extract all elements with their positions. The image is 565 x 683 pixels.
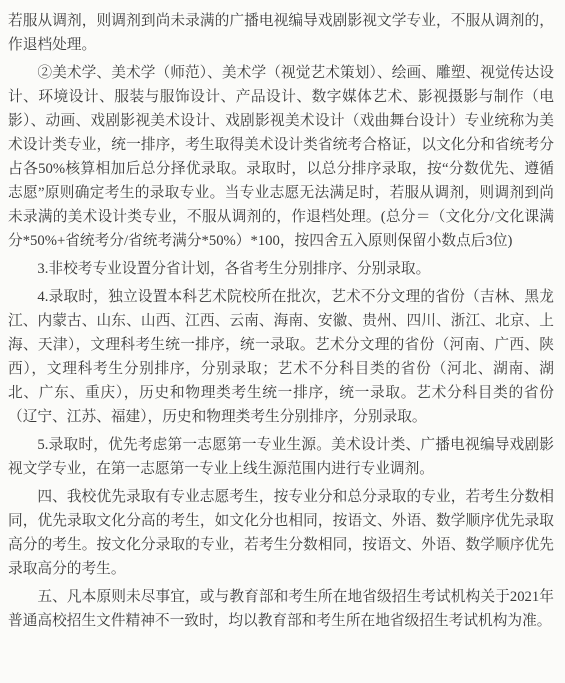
- paragraph-art-design-majors: ②美术学、美术学（师范）、美术学（视觉艺术策划）、绘画、雕塑、视觉传达设计、环境…: [8, 61, 554, 253]
- paragraph-item-4: 4.录取时，独立设置本科艺术院校所在批次，艺术不分文理的省份（吉林、黑龙江、内蒙…: [8, 285, 554, 429]
- paragraph-continuation: 若服从调剂，则调剂到尚未录满的广播电视编导戏剧影视文学专业，不服从调剂的，作退档…: [8, 9, 554, 57]
- paragraph-item-3: 3.非校考专业设置分省计划，各省考生分别排序、分别录取。: [8, 257, 554, 281]
- paragraph-section-5: 五、凡本原则未尽事宜，或与教育部和考生所在地省级招生考试机构关于2021年普通高…: [8, 585, 554, 633]
- admission-rules-text-block: 若服从调剂，则调剂到尚未录满的广播电视编导戏剧影视文学专业，不服从调剂的，作退档…: [8, 9, 554, 633]
- paragraph-item-5: 5.录取时，优先考虑第一志愿第一专业生源。美术设计类、广播电视编导戏剧影视文学专…: [8, 433, 554, 481]
- paragraph-section-4: 四、我校优先录取有专业志愿考生，按专业分和总分录取的专业，若考生分数相同，优先录…: [8, 485, 554, 581]
- document-page: 若服从调剂，则调剂到尚未录满的广播电视编导戏剧影视文学专业，不服从调剂的，作退档…: [0, 0, 565, 683]
